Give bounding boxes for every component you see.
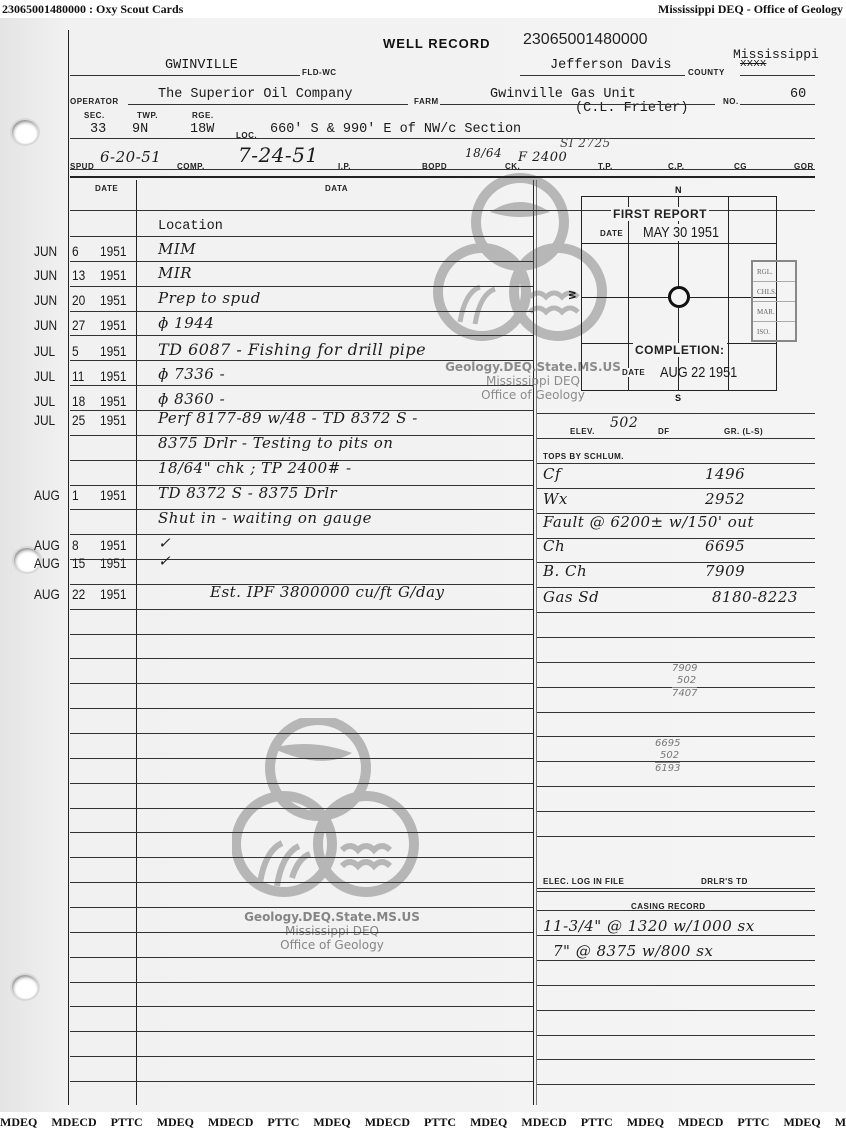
first-report-label: FIRST REPORT — [611, 207, 709, 221]
log-entry: ✓ — [158, 534, 171, 552]
date-column-divider — [136, 180, 137, 1105]
ruled-line — [537, 1084, 815, 1085]
log-day: 8 — [72, 537, 79, 553]
ruled-line — [70, 832, 533, 833]
twp-label: TWP. — [137, 111, 158, 120]
county-underline — [520, 75, 685, 76]
spud-date: 6-20-51 — [100, 148, 161, 166]
ruled-line — [70, 957, 533, 958]
farm-underline — [440, 104, 715, 105]
choke-size: 18/64 — [465, 146, 502, 160]
log-entry: ɸ 7336 - — [158, 365, 225, 383]
document-id-title: 23065001480000 : Oxy Scout Cards — [2, 0, 183, 18]
rge-value: 18W — [190, 122, 214, 137]
footer-agency-strip: MDEQMDECDPTTCMDEQMDECDPTTCMDEQMDECDPTTCM… — [0, 1112, 846, 1133]
pencil-figure: 7909 — [672, 663, 697, 674]
log-day: 15 — [72, 555, 85, 571]
routing-stamp-iso: ISO. — [753, 322, 795, 342]
log-entry: TD 6087 - Fishing for drill pipe — [158, 340, 426, 359]
formation-depth: 6695 — [705, 537, 745, 555]
struck-county-text: xxxx — [740, 58, 766, 70]
log-date: AUG — [34, 586, 60, 602]
card-left-border — [68, 30, 69, 1105]
api-number: 23065001480000 — [523, 31, 648, 49]
operator-name: The Superior Oil Company — [158, 87, 352, 102]
county-name: Jefferson Davis — [550, 58, 672, 73]
footer-agency-label: PTTC — [267, 1112, 299, 1133]
comp-date: 7-24-51 — [238, 143, 319, 167]
log-year: 1951 — [100, 393, 126, 409]
log-day: 6 — [72, 243, 79, 259]
document-header-bar: 23065001480000 : Oxy Scout Cards Mississ… — [0, 0, 846, 18]
ruled-line — [537, 736, 815, 737]
log-year: 1951 — [100, 487, 126, 503]
log-entry: TD 8372 S - 8375 Drlr — [158, 484, 337, 502]
formation-name: B. Ch — [543, 562, 587, 580]
footer-agency-label: MDECD — [208, 1112, 253, 1133]
log-entry: MIM — [158, 240, 196, 258]
shut-in-pressure: SI 2725 — [560, 136, 611, 150]
log-entry: Prep to spud — [158, 289, 261, 307]
casing-record-label: CASING RECORD — [631, 902, 706, 911]
first-report-date-label: DATE — [600, 229, 623, 238]
log-entry: Perf 8177-89 w/48 - TD 8372 S - — [158, 409, 418, 427]
log-entry: ɸ 1944 — [158, 314, 214, 332]
data-column-header: DATA — [325, 184, 348, 193]
location-label: Location — [158, 219, 223, 234]
ruled-line — [537, 538, 815, 539]
elec-log-divider-double — [537, 891, 815, 892]
header-divider — [70, 176, 815, 178]
formation-name: Fault @ 6200± w/150' out — [543, 513, 754, 531]
log-day: 25 — [72, 412, 85, 428]
operator-underline — [128, 104, 408, 105]
log-day: 1 — [72, 487, 79, 503]
ruled-line — [537, 488, 815, 489]
log-date: JUN — [34, 317, 57, 333]
log-year: 1951 — [100, 317, 126, 333]
pencil-figure: 6193 — [655, 762, 680, 774]
log-entry: Shut in - waiting on gauge — [158, 509, 372, 527]
log-date: JUN — [34, 243, 57, 259]
ruled-line — [70, 559, 533, 560]
operator-label: OPERATOR — [70, 97, 119, 106]
ruled-line — [537, 836, 815, 837]
plat-grid-line — [728, 197, 729, 390]
ruled-line — [537, 1035, 815, 1036]
sec-value: 33 — [90, 122, 106, 137]
df-label: DF — [658, 427, 670, 436]
footer-agency-label: MDEQ — [783, 1112, 820, 1133]
formation-name: Wx — [543, 490, 568, 508]
ruled-line — [70, 783, 533, 784]
pencil-figure: 502 — [660, 750, 679, 761]
log-year: 1951 — [100, 343, 126, 359]
log-date: JUL — [34, 343, 55, 359]
ruled-line — [70, 335, 533, 336]
ruled-line — [70, 932, 533, 933]
ruled-line — [70, 658, 533, 659]
log-year: 1951 — [100, 555, 126, 571]
field-label: FLD-WC — [302, 68, 337, 77]
data-column-divider-double — [536, 180, 537, 1105]
ruled-line — [70, 733, 533, 734]
ruled-line — [537, 935, 815, 936]
log-entry: ɸ 8360 - — [158, 390, 225, 408]
ruled-line — [70, 808, 533, 809]
state-underline — [740, 75, 815, 76]
completion-label: COMPLETION: — [633, 343, 727, 357]
routing-stamp-rgl: RGL. — [753, 262, 795, 282]
ruled-line — [537, 637, 815, 638]
ruled-line — [70, 286, 533, 287]
ruled-line — [70, 609, 533, 610]
sec-label: SEC. — [84, 111, 105, 120]
ruled-line — [70, 708, 533, 709]
log-day: 13 — [72, 267, 85, 283]
footer-agency-label: PTTC — [424, 1112, 456, 1133]
formation-name: Cf — [543, 465, 561, 483]
ruled-line — [70, 1056, 533, 1057]
ruled-line — [70, 1081, 533, 1082]
footer-agency-label: MDEQ — [470, 1112, 507, 1133]
first-report-date: MAY 30 1951 — [643, 224, 719, 241]
elevation-value: 502 — [610, 415, 638, 431]
farm-name: Gwinville Gas Unit — [490, 87, 636, 102]
footer-agency-label: MDEQ — [313, 1112, 350, 1133]
ruled-line — [537, 438, 815, 439]
agency-title: Mississippi DEQ - Office of Geology — [658, 0, 843, 18]
footer-agency-label: MDEQ — [0, 1112, 37, 1133]
log-year: 1951 — [100, 368, 126, 384]
compass-north: N — [675, 185, 682, 195]
log-date: JUL — [34, 368, 55, 384]
elec-log-label: ELEC. LOG IN FILE — [543, 877, 624, 886]
ruled-line — [70, 360, 533, 361]
ruled-line — [537, 712, 815, 713]
log-year: 1951 — [100, 586, 126, 602]
punch-hole — [12, 975, 38, 999]
gr-label: GR. (L-S) — [724, 427, 763, 436]
ruled-line — [537, 1059, 815, 1060]
ruled-line — [70, 534, 533, 535]
ruled-line — [70, 385, 533, 386]
ruled-line — [537, 463, 815, 464]
log-entry: Est. IPF 3800000 cu/ft G/day — [210, 583, 445, 601]
ruled-line — [70, 634, 533, 635]
ruled-line — [537, 1010, 815, 1011]
log-date: AUG — [34, 555, 60, 571]
completion-date-label: DATE — [622, 368, 645, 377]
log-date: JUL — [34, 393, 55, 409]
ruled-line — [70, 236, 533, 237]
log-date: AUG — [34, 487, 60, 503]
ruled-line — [70, 311, 533, 312]
data-column-divider — [533, 180, 534, 1105]
well-location-symbol — [668, 286, 690, 308]
routing-stamp: RGL. CHLS. MAR. ISO. — [751, 260, 797, 342]
ruled-line — [70, 857, 533, 858]
elevation-label: ELEV. — [570, 427, 595, 436]
log-date: JUL — [34, 412, 55, 428]
well-record-title: WELL RECORD — [383, 36, 491, 51]
log-entry: 18/64" chk ; TP 2400# - — [158, 459, 352, 477]
ruled-line — [70, 1031, 533, 1032]
rge-label: RGE. — [192, 111, 214, 120]
footer-agency-label: MDECD — [365, 1112, 410, 1133]
compass-west: W — [567, 291, 577, 300]
casing-row-2: 7" @ 8375 w/800 sx — [553, 942, 713, 960]
footer-agency-label: PTTC — [581, 1112, 613, 1133]
log-date: AUG — [34, 537, 60, 553]
ruled-line — [70, 758, 533, 759]
footer-agency-label: MDECD — [835, 1112, 846, 1133]
ruled-line — [537, 786, 815, 787]
no-underline — [740, 104, 815, 105]
plat-grid-line — [582, 243, 776, 244]
well-no: 60 — [790, 87, 806, 102]
farm-label: FARM — [414, 97, 439, 106]
casing-row-1: 11-3/4" @ 1320 w/1000 sx — [543, 917, 755, 935]
ruled-line — [537, 413, 815, 414]
log-entry: 8375 Drlr - Testing to pits on — [158, 434, 393, 452]
location-underline — [70, 138, 815, 139]
log-day: 11 — [72, 368, 84, 384]
plat-grid-line — [628, 197, 629, 390]
formation-depth: 7909 — [705, 562, 745, 580]
watermark-text-bottom: Geology.DEQ.State.MS.US Mississippi DEQ … — [222, 910, 442, 952]
log-year: 1951 — [100, 292, 126, 308]
county-label: COUNTY — [688, 68, 725, 77]
ruled-line — [537, 985, 815, 986]
footer-agency-label: MDEQ — [157, 1112, 194, 1133]
footer-agency-label: MDECD — [678, 1112, 723, 1133]
footer-agency-label: MDEQ — [627, 1112, 664, 1133]
log-year: 1951 — [100, 412, 126, 428]
formation-depth: 2952 — [705, 490, 745, 508]
ruled-line — [70, 982, 533, 983]
completion-date: AUG 22 1951 — [660, 364, 737, 381]
formation-name: Gas Sd — [543, 588, 599, 606]
compass-south: S — [675, 393, 681, 403]
log-date: JUN — [34, 267, 57, 283]
formation-depth: 8180-8223 — [712, 588, 798, 606]
log-date: JUN — [34, 292, 57, 308]
routing-stamp-mar: MAR. — [753, 302, 795, 322]
ruled-line — [537, 811, 815, 812]
drlr-td-label: DRLR'S TD — [701, 877, 748, 886]
pencil-figure: 7407 — [672, 687, 697, 699]
loc-value: 660' S & 990' E of NW/c Section — [270, 122, 521, 137]
twp-value: 9N — [132, 122, 148, 137]
log-day: 20 — [72, 292, 85, 308]
date-column-header: DATE — [95, 184, 118, 193]
log-year: 1951 — [100, 537, 126, 553]
log-year: 1951 — [100, 243, 126, 259]
field-name: GWINVILLE — [165, 58, 238, 73]
formation-name: Ch — [543, 537, 565, 555]
log-year: 1951 — [100, 267, 126, 283]
punch-hole — [12, 120, 38, 144]
footer-agency-label: PTTC — [111, 1112, 143, 1133]
ruled-line — [70, 683, 533, 684]
footer-agency-label: MDECD — [51, 1112, 96, 1133]
elec-log-divider — [537, 888, 815, 889]
ruled-line — [70, 882, 533, 883]
spud-underline — [70, 169, 815, 170]
ruled-line — [537, 612, 815, 613]
log-day: 18 — [72, 393, 85, 409]
log-day: 22 — [72, 586, 85, 602]
routing-stamp-chls: CHLS. — [753, 282, 795, 302]
log-entry: ✓ — [158, 552, 171, 570]
flowing-pressure: F 2400 — [518, 150, 567, 165]
well-no-label: NO. — [723, 97, 739, 106]
log-entry: MIR — [158, 264, 192, 282]
field-underline — [70, 75, 300, 76]
formation-depth: 1496 — [705, 465, 745, 483]
ruled-line — [70, 907, 533, 908]
ruled-line — [70, 261, 533, 262]
pencil-figure: 6695 — [655, 738, 680, 749]
log-day: 5 — [72, 343, 79, 359]
pencil-figure: 502 — [677, 675, 696, 686]
ruled-line — [537, 960, 815, 961]
footer-agency-label: PTTC — [737, 1112, 769, 1133]
log-day: 27 — [72, 317, 85, 333]
ruled-line — [70, 1006, 533, 1007]
footer-agency-label: MDECD — [521, 1112, 566, 1133]
tops-label: TOPS BY SCHLUM. — [543, 452, 624, 461]
